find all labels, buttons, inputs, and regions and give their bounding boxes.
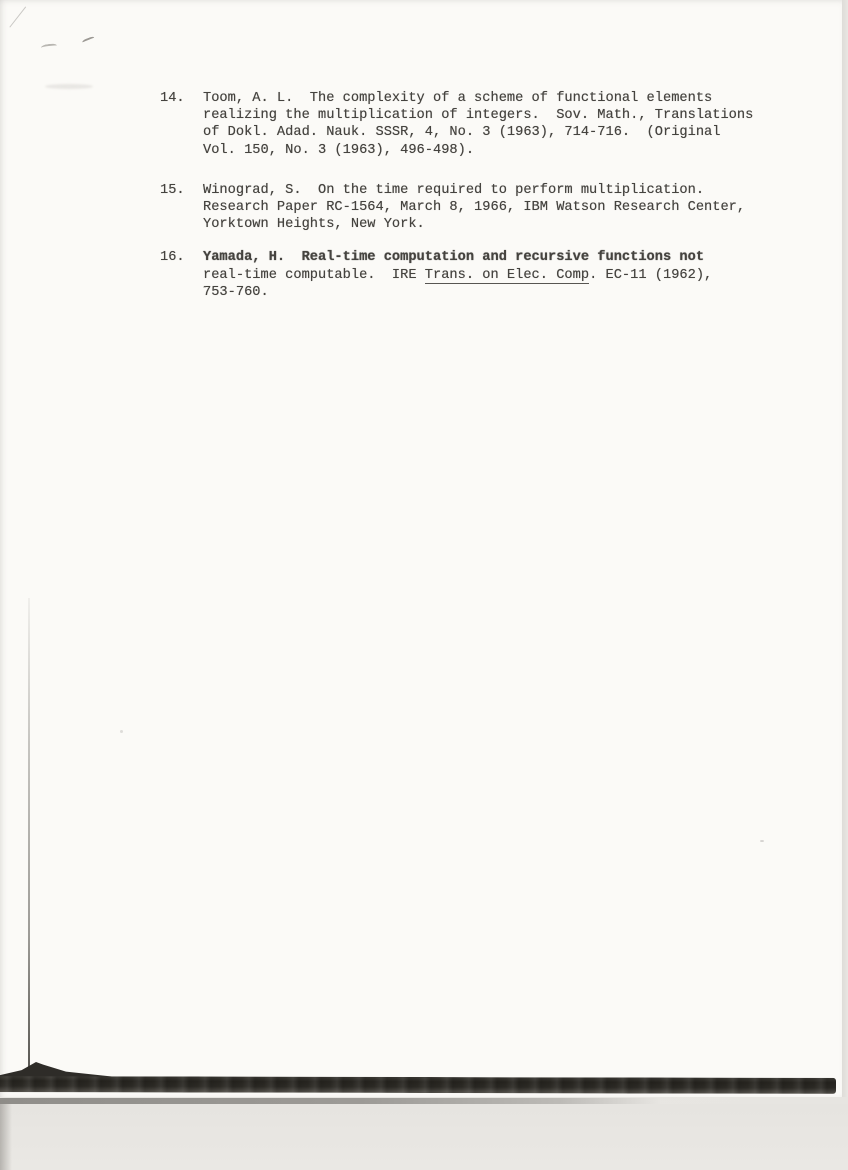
paper-right-edge xyxy=(842,0,848,1097)
smudge-artifact xyxy=(45,84,93,89)
reference-list: 14.Toom, A. L. The complexity of a schem… xyxy=(160,90,800,324)
scan-speck xyxy=(760,840,764,842)
reference-number: 16. xyxy=(160,249,185,266)
reference-number: 15. xyxy=(160,182,185,199)
reference-text-line: Toom, A. L. The complexity of a scheme o… xyxy=(203,90,800,107)
reference-text-line: 753-760. xyxy=(203,284,800,301)
reference-text-line: Research Paper RC-1564, March 8, 1966, I… xyxy=(203,199,800,216)
reference-entry: 14.Toom, A. L. The complexity of a schem… xyxy=(160,90,800,159)
scanned-page: 14.Toom, A. L. The complexity of a schem… xyxy=(0,0,848,1170)
scan-edge-bar xyxy=(0,1076,836,1094)
reference-number: 14. xyxy=(160,90,185,107)
reference-text-line: Yorktown Heights, New York. xyxy=(203,216,800,233)
reference-text-line: Yamada, H. Real-time computation and rec… xyxy=(203,249,800,266)
reference-entry: 16.Yamada, H. Real-time computation and … xyxy=(160,249,800,301)
reference-text-line: Vol. 150, No. 3 (1963), 496-498). xyxy=(203,142,800,159)
scan-speck xyxy=(203,286,206,288)
scan-speck xyxy=(120,730,123,733)
scanner-backing-corner xyxy=(0,1100,12,1170)
reference-entry: 15.Winograd, S. On the time required to … xyxy=(160,182,800,234)
page-crease-line xyxy=(28,598,30,1080)
reference-text-line: real-time computable. IRE Trans. on Elec… xyxy=(203,267,800,284)
reference-text-line: Winograd, S. On the time required to per… xyxy=(203,182,800,199)
reference-text-line: realizing the multiplication of integers… xyxy=(203,107,800,124)
scanner-backing xyxy=(0,1104,848,1170)
reference-text-line: of Dokl. Adad. Nauk. SSSR, 4, No. 3 (196… xyxy=(203,124,800,141)
